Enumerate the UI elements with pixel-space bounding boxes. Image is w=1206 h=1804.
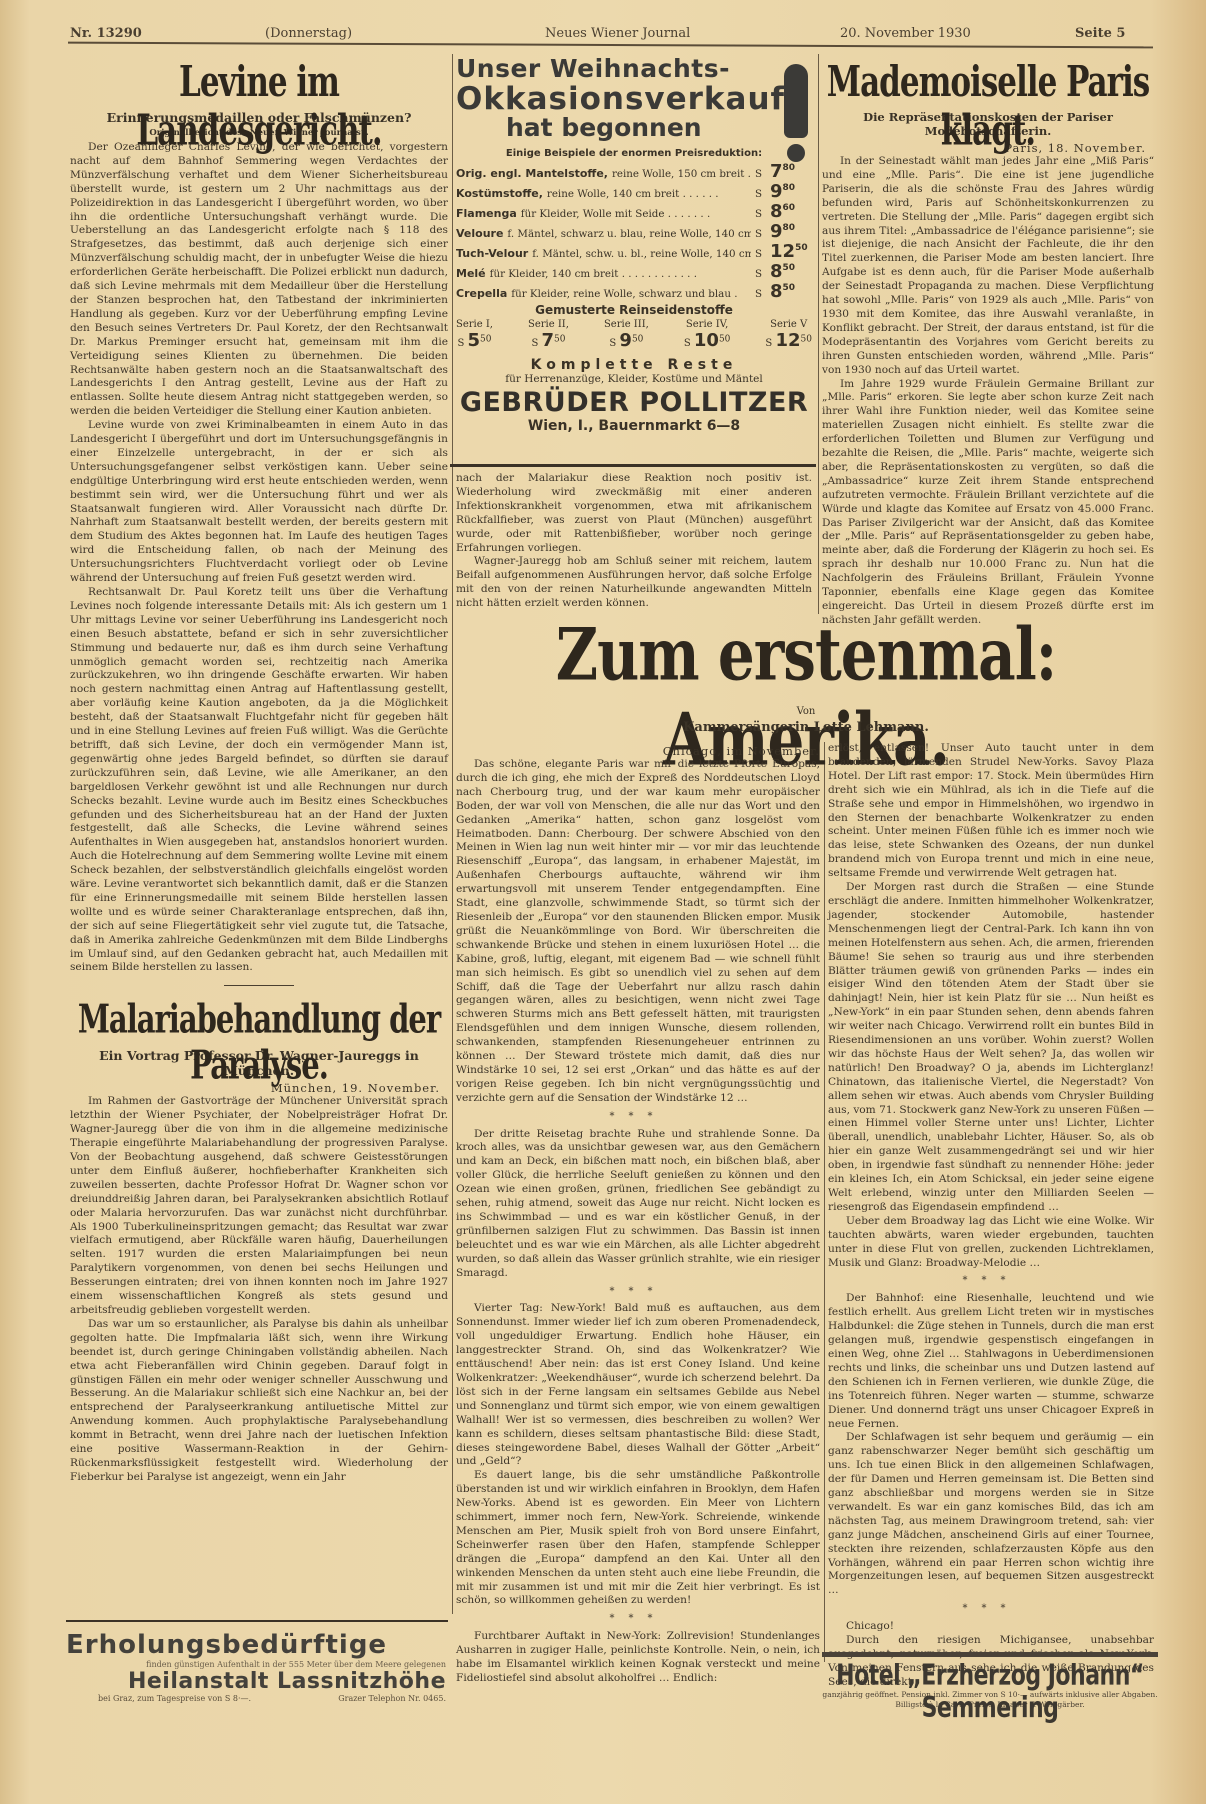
series-item: Serie II,S 750: [528, 319, 569, 351]
article-levine-body: Der Ozeanflieger Charles Levine, der wie…: [70, 141, 448, 975]
paragraph: Chicago!: [828, 1620, 1154, 1634]
price-row: Kostümstoffe,reine Wolle, 140 cm breit .…: [456, 181, 812, 201]
author-prefix: Von: [456, 706, 1156, 717]
series-item: Serie I,S 550: [456, 319, 493, 351]
advertisement-lassnitzhoehe: Erholungsbedürftige finden günstigen Auf…: [66, 1630, 446, 1703]
paragraph: nach der Malariakur diese Reaktion noch …: [456, 472, 812, 555]
section-stars: ***: [456, 1612, 820, 1626]
paragraph: Vierter Tag: New-York! Bald muß es aufta…: [456, 1302, 820, 1469]
advertisement-hotel: Hotel „Erzherzog Johann“ Semmering ganzj…: [822, 1660, 1158, 1710]
ad-footer: bei Graz, zum Tagespreise von S 8·—. Gra…: [66, 1694, 446, 1703]
article-paris-body: In der Seinestadt wählt man jedes Jahr e…: [822, 155, 1154, 628]
column-right: Mademoiselle Paris klagt. Die Repräsenta…: [822, 54, 1154, 628]
series-prices: Serie I,S 550 Serie II,S 750 Serie III,S…: [456, 319, 812, 351]
article-amerika-col-a: Chicago, im November. Das schöne, elegan…: [456, 742, 820, 1686]
article-malaria-continued: nach der Malariakur diese Reaktion noch …: [456, 472, 812, 611]
paragraph: Das war um so erstaunlicher, als Paralys…: [70, 1318, 448, 1485]
ad-address: Wien, I., Bauernmarkt 6—8: [456, 418, 812, 434]
ad-rule: [450, 464, 816, 467]
malaria-continuation: nach der Malariakur diese Reaktion noch …: [456, 472, 812, 611]
ad-title: Erholungsbedürftige: [66, 1630, 446, 1660]
paragraph: Der Schlafwagen ist sehr bequem und gerä…: [828, 1431, 1154, 1598]
price-row: Velouref. Mäntel, schwarz u. blau, reine…: [456, 221, 812, 241]
column-rule: [824, 742, 825, 1662]
paragraph: Der Morgen rast durch die Straßen — eine…: [828, 881, 1154, 1215]
exclamation-dot-icon: [787, 144, 805, 162]
paragraph: Im Rahmen der Gastvorträge der Münchener…: [70, 1095, 448, 1318]
ad-rule: [66, 1620, 448, 1622]
article-amerika-body-b: erlöst, entlassen! Unser Auto taucht unt…: [828, 742, 1154, 1690]
dateline-amerika: Chicago, im November.: [456, 744, 820, 758]
ad-intro: Einige Beispiele der enormen Preisredukt…: [456, 148, 812, 159]
ad-line: finden günstigen Aufenthalt in der 555 M…: [66, 1660, 446, 1669]
price-row: Orig. engl. Mantelstoffe,reine Wolle, 15…: [456, 161, 812, 181]
issue-number: Nr. 13290: [70, 26, 142, 41]
page-number: Seite 5: [1075, 26, 1125, 41]
separator: [224, 985, 294, 986]
section-stars: ***: [456, 1285, 820, 1299]
paragraph: Levine wurde von zwei Kriminalbeamten in…: [70, 419, 448, 586]
author-name: Kammersängerin Lotte Lehmann.: [456, 720, 1156, 735]
newspaper-page: Nr. 13290 (Donnerstag) Neues Wiener Jour…: [0, 0, 1206, 1804]
paragraph: Im Jahre 1929 wurde Fräulein Germaine Br…: [822, 378, 1154, 628]
paragraph: Ueber dem Broadway lag das Licht wie ein…: [828, 1215, 1154, 1271]
column-rule: [818, 54, 819, 614]
series-item: Serie VS 1250: [765, 319, 812, 351]
article-amerika-col-b: erlöst, entlassen! Unser Auto taucht unt…: [828, 742, 1154, 1690]
ad-remnants: Komplette Reste: [456, 357, 812, 373]
paragraph: Der dritte Reisetag brachte Ruhe und str…: [456, 1128, 820, 1281]
price-list: Orig. engl. Mantelstoffe,reine Wolle, 15…: [456, 161, 812, 301]
paragraph: Das schöne, elegante Paris war mir die l…: [456, 758, 820, 1106]
ad-phone: Grazer Telephon Nr. 0465.: [338, 1694, 446, 1703]
ad-firm-name: GEBRÜDER POLLITZER: [456, 387, 812, 418]
paragraph: Furchtbarer Auftakt in New-York: Zollrev…: [456, 1630, 820, 1686]
weekday: (Donnerstag): [265, 26, 352, 41]
paragraph: Es dauert lange, bis die sehr umständlic…: [456, 1469, 820, 1608]
paragraph: Rechtsanwalt Dr. Paul Koretz teilt uns ü…: [70, 586, 448, 975]
paragraph: Der Ozeanflieger Charles Levine, der wie…: [70, 141, 448, 419]
section-stars: ***: [828, 1602, 1154, 1616]
headline-levine: Levine im Landesgericht.: [70, 58, 448, 123]
issue-date: 20. November 1930: [840, 26, 971, 41]
article-amerika-body-a: Das schöne, elegante Paris war mir die l…: [456, 758, 820, 1686]
paragraph: In der Seinestadt wählt man jedes Jahr e…: [822, 155, 1154, 378]
section-stars: ***: [828, 1274, 1154, 1288]
ad-remnants-sub: für Herrenanzüge, Kleider, Kostüme und M…: [456, 373, 812, 385]
advertisement-pollitzer: Unser Weihnachts- Okkasionsverkauf hat b…: [456, 54, 812, 464]
ad-line: hat begonnen: [506, 113, 812, 142]
series-item: Serie IV,S 1050: [684, 319, 731, 351]
column-rule: [452, 54, 453, 1614]
article-malaria-body: Im Rahmen der Gastvorträge der Münchener…: [70, 1095, 448, 1484]
headline-paris: Mademoiselle Paris klagt.: [822, 58, 1154, 123]
ad-rule: [822, 1652, 1158, 1657]
price-row: Flamengafür Kleider, Wolle mit Seide . .…: [456, 201, 812, 221]
paper-title: Neues Wiener Journal: [545, 26, 690, 41]
column-left: Levine im Landesgericht. Erinnerungsmeda…: [70, 54, 448, 1485]
price-row: Crepellafür Kleider, reine Wolle, schwar…: [456, 281, 812, 301]
price-row: Tuch-Velourf. Mäntel, schw. u. bl., rein…: [456, 241, 812, 261]
headline-malaria: Malariabehandlung der Paralyse.: [70, 996, 448, 1061]
paragraph: erlöst, entlassen! Unser Auto taucht unt…: [828, 742, 1154, 881]
paragraph: Der Bahnhof: eine Riesenhalle, leuchtend…: [828, 1292, 1154, 1431]
ad-name: Heilanstalt Lassnitzhöhe: [66, 1669, 446, 1694]
ad-line: Okkasionsverkauf: [456, 81, 812, 117]
price-row: Meléfür Kleider, 140 cm breit . . . . . …: [456, 261, 812, 281]
series-item: Serie III,S 950: [604, 319, 649, 351]
paragraph: Wagner-Jauregg hob am Schluß seiner mit …: [456, 555, 812, 611]
ad-line: Unser Weihnachts-: [456, 54, 812, 83]
exclamation-icon: [784, 64, 808, 138]
section-stars: ***: [456, 1110, 820, 1124]
ad-section-title: Gemusterte Reinseidenstoffe: [456, 303, 812, 317]
ad-title: Hotel „Erzherzog Johann“ Semmering: [822, 1660, 1158, 1699]
ad-price: bei Graz, zum Tagespreise von S 8·—.: [98, 1694, 251, 1703]
